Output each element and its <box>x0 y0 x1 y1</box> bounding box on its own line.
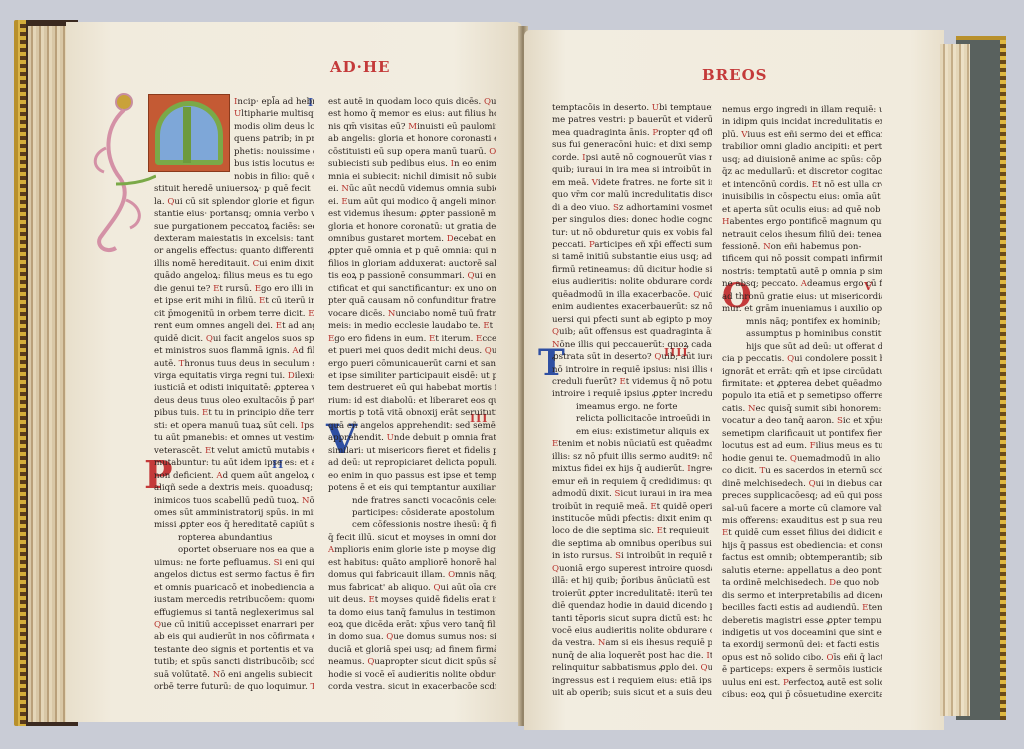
text-line: vocatur a deo tanq̄ aaron. Sic et xp̄us … <box>722 415 882 427</box>
text-line: nde fratres sancti vocacōnis celestis <box>328 495 496 507</box>
text-column-4: nemus ergo ingredi in illam requiē: ut n… <box>722 104 882 702</box>
text-line: uulus eni est. Perfectoꝝ autē est solidu… <box>722 677 882 689</box>
text-line: salutis eterne: appellatus a deo pontife… <box>722 565 882 577</box>
text-line: mus fabricat' ab aliquo. Qui aūt oīa cre… <box>328 582 496 594</box>
text-line: peccati. Participes eñ xp̄i effecti sumu… <box>552 239 712 251</box>
text-line: dinē melchisedech. Qui in diebus carnis … <box>722 478 882 490</box>
text-line: participes: cōsiderate apostolum pontifi… <box>328 507 496 519</box>
text-line: uersi qui pfecti sunt ab egipto p moysen… <box>552 314 712 326</box>
text-line: populo ita etiā et p semetipso offerre p… <box>722 390 882 402</box>
text-line: tutib; et spūs sancti distribucōib; scdm <box>154 656 314 668</box>
text-line: phetis: nouissime die- <box>154 146 314 158</box>
text-line: assumptus p hominibus constituitur in <box>722 328 882 340</box>
text-line: suā volūtatē. Nō eni angelis subiecit de… <box>154 669 314 681</box>
text-line: imeamus ergo. ne forte <box>552 401 712 413</box>
text-line: dis sermo et interpretabilis ad dicendū:… <box>722 590 882 602</box>
text-line: gloria et honore coronatū: ut gratia dei… <box>328 221 496 233</box>
text-line: uit deus. Et moyses quidē fidelis erat i… <box>328 594 496 606</box>
text-line: nobis in filio: quē con- <box>154 171 314 183</box>
text-line: ab angelis: gloria et honore coronasti e… <box>328 133 496 145</box>
text-line: neamus. Quapropter sicut dicit spūs sāct… <box>328 656 496 668</box>
text-line: et pueri mei quos dedit michi deus. Quia <box>328 345 496 357</box>
text-line: ei. Eum aūt qui modico q̄ angeli minorat… <box>328 196 496 208</box>
text-line: rent eum omnes angeli dei. Et ad angelos <box>154 320 314 332</box>
text-line: effugiemus si tantā neglexerimus salutē? <box>154 607 314 619</box>
text-line: mutabuntur: tu aūt idem ipse es: et anni… <box>154 457 314 469</box>
text-line: missi ꝓpter eos q̄ hereditatē capiūt sal… <box>154 519 314 531</box>
text-line: corda vestra. sicut in exacerbacōe scdm … <box>328 681 496 693</box>
text-line: deberetis magistri esse ꝓpter tempus: ru… <box>722 615 882 627</box>
text-line: filios in gloriam adduxerat: auctorē sal… <box>328 258 496 270</box>
text-line: loco de die septima sic. Et requieuit de… <box>552 525 712 537</box>
text-line: Nōne illis qui peccauerūt: quoꝝ cadauera <box>552 339 712 351</box>
text-line: quādo angeloꝝ: filius meus es tu ego ho- <box>154 270 314 282</box>
text-line: ad deū: ut repropiciaret delicta populi.… <box>328 457 496 469</box>
text-line: die genui te? Et rursū. Ego ero illi in … <box>154 283 314 295</box>
text-line: pibus tuis. Et tu in principio dñe terrā… <box>154 407 314 419</box>
running-head-left: AD·HE <box>330 58 390 76</box>
text-line: quidē dicit. Qui facit angelos suos spūs… <box>154 333 314 345</box>
text-line: mea quadraginta ānis. Propter qđ offen- <box>552 127 712 139</box>
text-line: corde. Ipsi autē nō cognouerūt vias meas… <box>552 152 712 164</box>
text-line: Amplioris enim glorie iste p moyse dign9 <box>328 544 496 556</box>
text-line: nemus ergo ingredi in illam requiē: ut n… <box>722 104 882 116</box>
text-line: uit ab operib; suis sicut et a suis deus… <box>552 687 712 699</box>
text-line: locutus est ad eum. Filius meus es tu: e… <box>722 440 882 452</box>
text-line: introire i requiē ipsius ꝓpter increduli… <box>552 388 712 400</box>
text-line: institucōe mūdi pfectis: dixit enim quod… <box>552 513 712 525</box>
text-line: apprehendit. Unde debuit p omnia fratrib… <box>328 432 496 444</box>
text-line: oportet obseruare nos ea que audi- <box>154 544 314 556</box>
text-line: deus deus tuus oleo exultacōis p̄ partic… <box>154 395 314 407</box>
text-line: em meā. Videte fratres. ne forte sit in … <box>552 177 712 189</box>
text-line: si tamē initiū substantie eius usq; ad f… <box>552 251 712 263</box>
text-line: est videmus ihesum: ꝓpter passionē morti… <box>328 208 496 220</box>
text-line: et ipse similiter participauit eisdē: ut… <box>328 370 496 382</box>
text-line: virga equitatis virga regni tui. Dilexis… <box>154 370 314 382</box>
text-line: stituit heredē uniuersoꝝ· p quē fecit & … <box>154 183 314 195</box>
text-line: in domo sua. Que domus sumus nos: si fi- <box>328 631 496 643</box>
text-line: ē particeps: expers ē sermōis iusticie: … <box>722 664 882 676</box>
text-line: non deficient. Ad quem aūt angeloꝝ dixit <box>154 470 314 482</box>
text-line: mis offerens: exauditus est p sua reuere… <box>722 515 882 527</box>
text-line: est autē in quodam loco quis dicēs. Quid <box>328 96 496 108</box>
text-line: Et quidē cum esset filius dei didicit ex <box>722 527 882 539</box>
text-line: bus istis locutus est <box>154 158 314 170</box>
text-line: firmū retineamus: dū dicitur hodie si vo… <box>552 264 712 276</box>
text-column-1: Incip· epl̃a ad hebreosUltipharie multis… <box>154 96 314 694</box>
text-line: diē quendaz hodie in dauid dicendo post <box>552 600 712 612</box>
text-line: enim audientes exacerbauerūt: sz nō uni- <box>552 301 712 313</box>
text-line: preces supplicacōesq; ad eū qui possit i… <box>722 490 882 502</box>
text-line: factus est omnib; obtemperantib; sibi ca… <box>722 552 882 564</box>
text-line: hijs q̄ passus est obediencia: et consum… <box>722 540 882 552</box>
text-line: nostris: temptatū autē p omnia p similit… <box>722 266 882 278</box>
text-line: plū. Viuus est eñi sermo dei et efficax … <box>722 129 882 141</box>
text-line: temptacōis in deserto. Ubi temptauerūt <box>552 102 712 114</box>
text-line: iusticiā et odisti iniquitatē: ꝓpterea v… <box>154 382 314 394</box>
text-line: autē. Thronus tuus deus in seculum secul… <box>154 358 314 370</box>
text-line: Ultipharie multisq; <box>154 108 314 120</box>
text-line: ꝓpter quē omnia et p quē omnia: qui mult… <box>328 245 496 257</box>
text-line: emur eñ in requiem q̄ credidimus: quem- <box>552 476 712 488</box>
text-line: sus fui generacōni huic: et dixi semp er… <box>552 139 712 151</box>
text-line: q̄z ac medullarū: et discretor cogitacōn… <box>722 166 882 178</box>
text-line: potens ē et eis qui temptantur auxiliari… <box>328 482 496 494</box>
text-column-3: temptacōis in deserto. Ubi temptauerūtme… <box>552 102 712 700</box>
text-line: Etenim et nobis nūciatū est quēadmodū et <box>552 438 712 450</box>
text-line: quib; iuraui in ira mea si introibūt in … <box>552 164 712 176</box>
text-line: mnia ei subiecit: nichil dimisit nō subi… <box>328 171 496 183</box>
text-line: nis qm̄ visitas eū? Minuisti eū paulomin… <box>328 121 496 133</box>
text-line: Habentes ergo pontificē magnum qui pe- <box>722 216 882 228</box>
text-line: orbē terre futurū: de quo loquimur. Test… <box>154 681 314 693</box>
text-line: or angelis effectus: quanto differentius… <box>154 245 314 257</box>
text-line: ta domo eius tanq̄ famulus in testimoniū <box>328 607 496 619</box>
text-line: vocare dicēs. Nunciabo nomē tuū fratribu… <box>328 308 496 320</box>
text-line: et aperta sūt oculis eius: ad quē nob se… <box>722 204 882 216</box>
text-line: nō introire in requiē ipsius: nisi illis… <box>552 364 712 376</box>
text-line: per singulos dies: donec hodie cognomina… <box>552 214 712 226</box>
text-line: di a deo viuo. Sz adhortamini vosmetipos <box>552 202 712 214</box>
text-line: Quib; aūt offensus est quadraginta ānis? <box>552 326 712 338</box>
text-line: subiecisti sub pedibus eius. In eo enim … <box>328 158 496 170</box>
text-line: admodū dixit. Sicut iuraui in ira mea. s… <box>552 488 712 500</box>
text-line: modis olim deus lo- <box>154 121 314 133</box>
text-line: catis. Nec quisq̄ sumit sibi honorem: se… <box>722 403 882 415</box>
text-line: cōstituisti eū sup opera manū tuarū. Omn… <box>328 146 496 158</box>
text-line: testante deo signis et portentis et vari… <box>154 644 314 656</box>
text-line: tur: ut nō obduretur quis ex vobis falla… <box>552 227 712 239</box>
text-line: tem destrueret eū qui habebat mortis imp… <box>328 382 496 394</box>
text-line: sal-uū facere a morte cū clamore valido … <box>722 503 882 515</box>
penwork-flourish-icon <box>86 88 156 258</box>
text-line: ta exordij sermonū dei: et facti estis q… <box>722 639 882 651</box>
text-line: tificem qui nō possit compati infirmitat… <box>722 253 882 265</box>
text-line: relicta pollicitacōe introeūdi in requi- <box>552 413 712 425</box>
text-line: dexteram maiestatis in excelsis: tanto m… <box>154 233 314 245</box>
text-line: becilles facti estis ad audiendū. Etenim… <box>722 602 882 614</box>
text-line: ropterea abundantius <box>154 532 314 544</box>
text-line: sti: et opera manuū tuaꝝ sūt celi. Ipsi … <box>154 420 314 432</box>
text-line: usq; ad diuisionē anime ac spūs: cōpagū <box>722 154 882 166</box>
text-line: opus est nō solido cibo. Oīs eñi q̄ lact… <box>722 652 882 664</box>
text-line: tis eoꝝ p passionē consummari. Qui eni s… <box>328 270 496 282</box>
text-line: ergo pueri cōmunicauerūt carni et sangui… <box>328 358 496 370</box>
text-line: illā: et hij quib; p̄oribus ānūciatū est… <box>552 575 712 587</box>
text-line: duciā et gloriā spei usq; ad finem firmā… <box>328 644 496 656</box>
text-line: sue purgationem peccatoꝝ faciēs: sedet a… <box>154 221 314 233</box>
text-line: omnibus gustaret mortem. Decebat enim eu… <box>328 233 496 245</box>
text-line: tu aūt pmanebis: et omnes ut vestimentum <box>154 432 314 444</box>
text-line: ad thronū gratie eius: ut misericordiā c… <box>722 291 882 303</box>
text-line: illis nomē hereditauit. Cui enim dixit a… <box>154 258 314 270</box>
open-book: AD·HE BREOS P V T O I II III IIII V Inci… <box>0 0 1024 749</box>
text-line: Que cū initiū accepisset enarrari per dñ… <box>154 619 314 631</box>
text-line: vocē eius audieritis nolite obdurare cor… <box>552 625 712 637</box>
text-line: domus qui fabricauit illam. Omnis nāq; d… <box>328 569 496 581</box>
text-line: cit p̄mogenitū in orbem terre dicit. Et … <box>154 308 314 320</box>
text-line: trabilior omni gladio ancipiti: et perti… <box>722 141 882 153</box>
text-line: uimus: ne forte pefluamus. Si eni qui pe… <box>154 557 314 569</box>
text-line: quēadmodū in illa exacerbacōe. Quidā <box>552 289 712 301</box>
text-line: quo vr̄m cor malū incredulitatis discedē… <box>552 189 712 201</box>
text-line: rium: id est diabolū: et liberaret eos q… <box>328 395 496 407</box>
text-line: iustam mercedis retribucōem: quomō nos <box>154 594 314 606</box>
text-line: inimicos tuos scabellū pedū tuoꝝ. Nōne <box>154 495 314 507</box>
text-line: ne absq; peccato. Adeamus ergo cū fiduci… <box>722 278 882 290</box>
text-line: da vestra. Nam si eis ihesus requiē psti… <box>552 637 712 649</box>
text-line: inuisibilis in cōspectu eius: omīa aūt n… <box>722 191 882 203</box>
text-line: la. Qui cū sit splendor glorie et figura… <box>154 196 314 208</box>
text-line: in isto rursus. Si introibūt in requiē m… <box>552 550 712 562</box>
text-line: Ego ero fidens in eum. Et iterum. Ecce e… <box>328 333 496 345</box>
text-line: ingressus est i requiem eius: etiā ipse … <box>552 675 712 687</box>
text-line: troibūt in requiē meā. Et quidē operib; … <box>552 501 712 513</box>
text-line: ꝓstrata sūt in deserto? Quib; aūt iuraui… <box>552 351 712 363</box>
text-line: tanti tēporis sicut supra dictū est: hod… <box>552 613 712 625</box>
text-line: ei. Nūc aūt necdū videmus omnia subiecta <box>328 183 496 195</box>
text-line: est habitus: quāto ampliorē honorē habet <box>328 557 496 569</box>
text-line: eo enim in quo passus est ipse et tempta… <box>328 470 496 482</box>
text-line: indigetis ut vos doceamini que sint elem… <box>722 627 882 639</box>
text-line: hijs que sūt ad deū: ut offerat dona et … <box>722 341 882 353</box>
text-line: die septima ab omnibus operibus suis. Et <box>552 538 712 550</box>
text-line: troierūt ꝓpter incredulitatē: iterū term… <box>552 588 712 600</box>
text-line: meis: in medio ecclesie laudabo te. Et r… <box>328 320 496 332</box>
text-line: Incip· epl̃a ad hebreos <box>154 96 314 108</box>
text-line: similari: ut misericors fieret et fideli… <box>328 445 496 457</box>
text-column-2: est autē in quodam loco quis dicēs. Quid… <box>328 96 496 694</box>
text-line: et ipse erit mihi in filiū. Et cū iterū … <box>154 295 314 307</box>
text-line: ta ordinē melchisedech. De quo nob grā- <box>722 577 882 589</box>
text-line: semetipm clarificauit ut pontifex fieret… <box>722 428 882 440</box>
text-line: veterascēt. Et velut amictū mutabis eos … <box>154 445 314 457</box>
text-line: cia p peccatis. Qui condolere possit hij… <box>722 353 882 365</box>
text-line: co dicit. Tu es sacerdos in eternū scdm … <box>722 465 882 477</box>
text-line: ctificat et qui sanctificantur: ex uno o… <box>328 283 496 295</box>
text-line: mnis nāq; pontifex ex hominib; <box>722 316 882 328</box>
text-line: cem cōfessionis nostre ihesū: q̄ fidelis… <box>328 519 496 531</box>
text-line: pter quā causam nō confunditur fratres e… <box>328 295 496 307</box>
text-line: stantie eius· portansq; omnia verbo virt… <box>154 208 314 220</box>
text-line: firmitate: et ꝓpterea debet quēadmodū pr… <box>722 378 882 390</box>
text-line: eius audieritis: nolite obdurare corda v… <box>552 276 712 288</box>
text-line: ab eis qui audierūt in nos cōfirmata est… <box>154 631 314 643</box>
text-line: ignorāt et errāt: qm̄ et ipse circūdatus… <box>722 366 882 378</box>
text-line: Quoniā ergo superest introire quosdam in <box>552 563 712 575</box>
text-line: quā eñ angelos apprehendit: sed semē abr… <box>328 420 496 432</box>
text-line: illis: sz nō pfuit illis sermo audit9: n… <box>552 451 712 463</box>
text-line: angelos dictus est sermo factus ē firmus… <box>154 569 314 581</box>
text-line: quens patrib; in pro- <box>154 133 314 145</box>
text-line: mixtus fidei ex hijs q̄ audierūt. Ingred… <box>552 463 712 475</box>
text-line: in idipm quis incidat incredulitatis exe… <box>722 116 882 128</box>
text-line: eoꝝ que dicēda erāt: xp̄us vero tanq̄ fi… <box>328 619 496 631</box>
text-line: em eius: existimetur aliquis ex nobis de… <box>552 426 712 438</box>
text-line: fessionē. Non eñi habemus pon- <box>722 241 882 253</box>
right-page-edges <box>940 44 970 716</box>
running-head-right: BREOS <box>702 66 767 84</box>
text-line: aliqñ sede a dextris meis. quoadusq; pon… <box>154 482 314 494</box>
text-line: creduli fuerūt? Et videmus q̄ nō potuerū… <box>552 376 712 388</box>
text-line: netrauit celos ihesum filiū dei: teneamu… <box>722 229 882 241</box>
text-line: omes sūt amministratorij spūs. in minist… <box>154 507 314 519</box>
text-line: q̄ fecit illū. sicut et moyses in omni d… <box>328 532 496 544</box>
text-line: hodie si vocē eī audieritis nolite obdur… <box>328 669 496 681</box>
text-line: mur. et grām inueniamus i auxilio oportū… <box>722 303 882 315</box>
text-line: est homo q̄ memor es eius: aut filius ho… <box>328 108 496 120</box>
text-line: et omnis puaricacō et inobediencia accep… <box>154 582 314 594</box>
text-line: hodie genui te. Quemadmodū in alio lo- <box>722 453 882 465</box>
text-line: cibus: eoꝝ qui p̄ cōsuetudine exercitato… <box>722 689 882 701</box>
text-line: relinquitur sabbatismus ꝓplo dei. Qui en… <box>552 662 712 674</box>
text-line: me patres vestri: p bauerūt et viderūt o… <box>552 114 712 126</box>
text-line: et ministros suos flammā ignis. Ad filiu… <box>154 345 314 357</box>
text-line: nunq̄ de alia loquerēt post hac die. Ita… <box>552 650 712 662</box>
text-line: mortis p totā vitā obnoxij erāt seruitut… <box>328 407 496 419</box>
text-line: et intencōnū cordis. Et nō est ulla crea… <box>722 179 882 191</box>
